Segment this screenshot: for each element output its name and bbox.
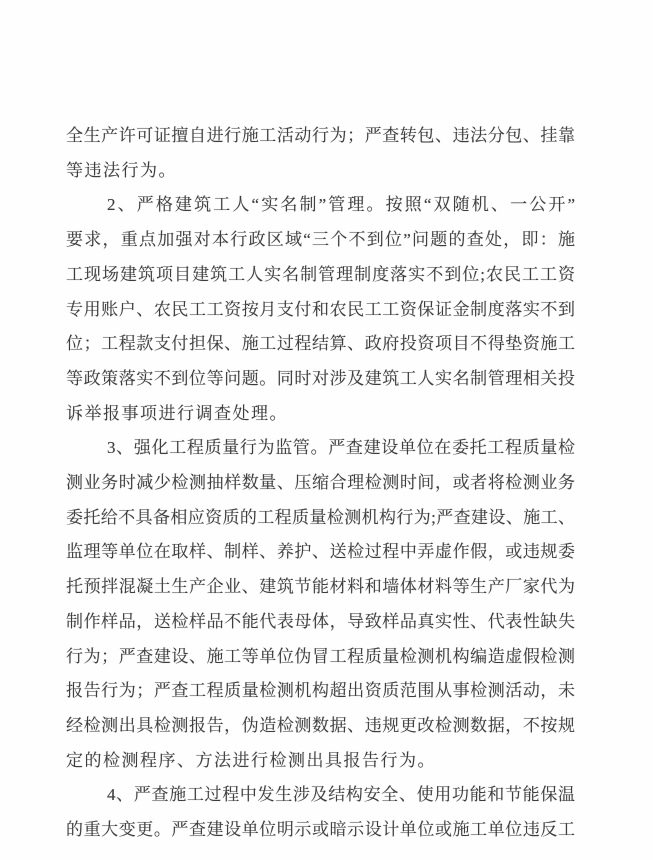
text-line: 监理等单位在取样、制样、养护、送检过程中弄虚作假，或违规委 <box>66 535 575 570</box>
text-line: 3、强化工程质量行为监管。严查建设单位在委托工程质量检 <box>66 431 575 466</box>
text-line: 托预拌混凝土生产企业、建筑节能材料和墙体材料等生产厂家代为 <box>66 570 575 605</box>
document-text-block: 全生产许可证擅自进行施工活动行为；严查转包、违法分包、挂靠等违法行为。2、严格建… <box>66 119 575 848</box>
paragraph: 2、严格建筑工人“实名制”管理。按照“双随机、一公开”要求，重点加强对本行政区域… <box>66 188 575 431</box>
text-line: 专用账户、农民工工资按月支付和农民工工资保证金制度落实不到 <box>66 293 575 328</box>
text-line: 委托给不具备相应资质的工程质量检测机构行为;严查建设、施工、 <box>66 501 575 536</box>
text-line: 等政策落实不到位等问题。同时对涉及建筑工人实名制管理相关投 <box>66 362 575 397</box>
paragraph: 全生产许可证擅自进行施工活动行为；严查转包、违法分包、挂靠等违法行为。 <box>66 119 575 188</box>
text-line: 工现场建筑项目建筑工人实名制管理制度落实不到位;农民工工资 <box>66 258 575 293</box>
document-page: 全生产许可证擅自进行施工活动行为；严查转包、违法分包、挂靠等违法行为。2、严格建… <box>0 0 653 860</box>
text-line: 制作样品，送检样品不能代表母体，导致样品真实性、代表性缺失 <box>66 605 575 640</box>
text-line: 2、严格建筑工人“实名制”管理。按照“双随机、一公开” <box>66 188 575 223</box>
text-line: 要求，重点加强对本行政区域“三个不到位”问题的查处，即：施 <box>66 223 575 258</box>
paragraph: 4、严查施工过程中发生涉及结构安全、使用功能和节能保温的重大变更。严查建设单位明… <box>66 778 575 847</box>
text-line: 4、严查施工过程中发生涉及结构安全、使用功能和节能保温 <box>66 778 575 813</box>
text-line: 的重大变更。严查建设单位明示或暗示设计单位或施工单位违反工 <box>66 813 575 848</box>
text-line: 经检测出具检测报告，伪造检测数据、违规更改检测数据，不按规 <box>66 709 575 744</box>
text-line: 报告行为；严查工程质量检测机构超出资质范围从事检测活动，未 <box>66 674 575 709</box>
text-line: 诉举报事项进行调查处理。 <box>66 397 575 432</box>
text-line: 等违法行为。 <box>66 154 575 189</box>
text-line: 定的检测程序、方法进行检测出具报告行为。 <box>66 744 575 779</box>
text-line: 位；工程款支付担保、施工过程结算、政府投资项目不得垫资施工 <box>66 327 575 362</box>
text-line: 行为；严查建设、施工等单位伪冒工程质量检测机构编造虚假检测 <box>66 640 575 675</box>
paragraph: 3、强化工程质量行为监管。严查建设单位在委托工程质量检测业务时减少检测抽样数量、… <box>66 431 575 778</box>
text-line: 全生产许可证擅自进行施工活动行为；严查转包、违法分包、挂靠 <box>66 119 575 154</box>
text-line: 测业务时减少检测抽样数量、压缩合理检测时间，或者将检测业务 <box>66 466 575 501</box>
